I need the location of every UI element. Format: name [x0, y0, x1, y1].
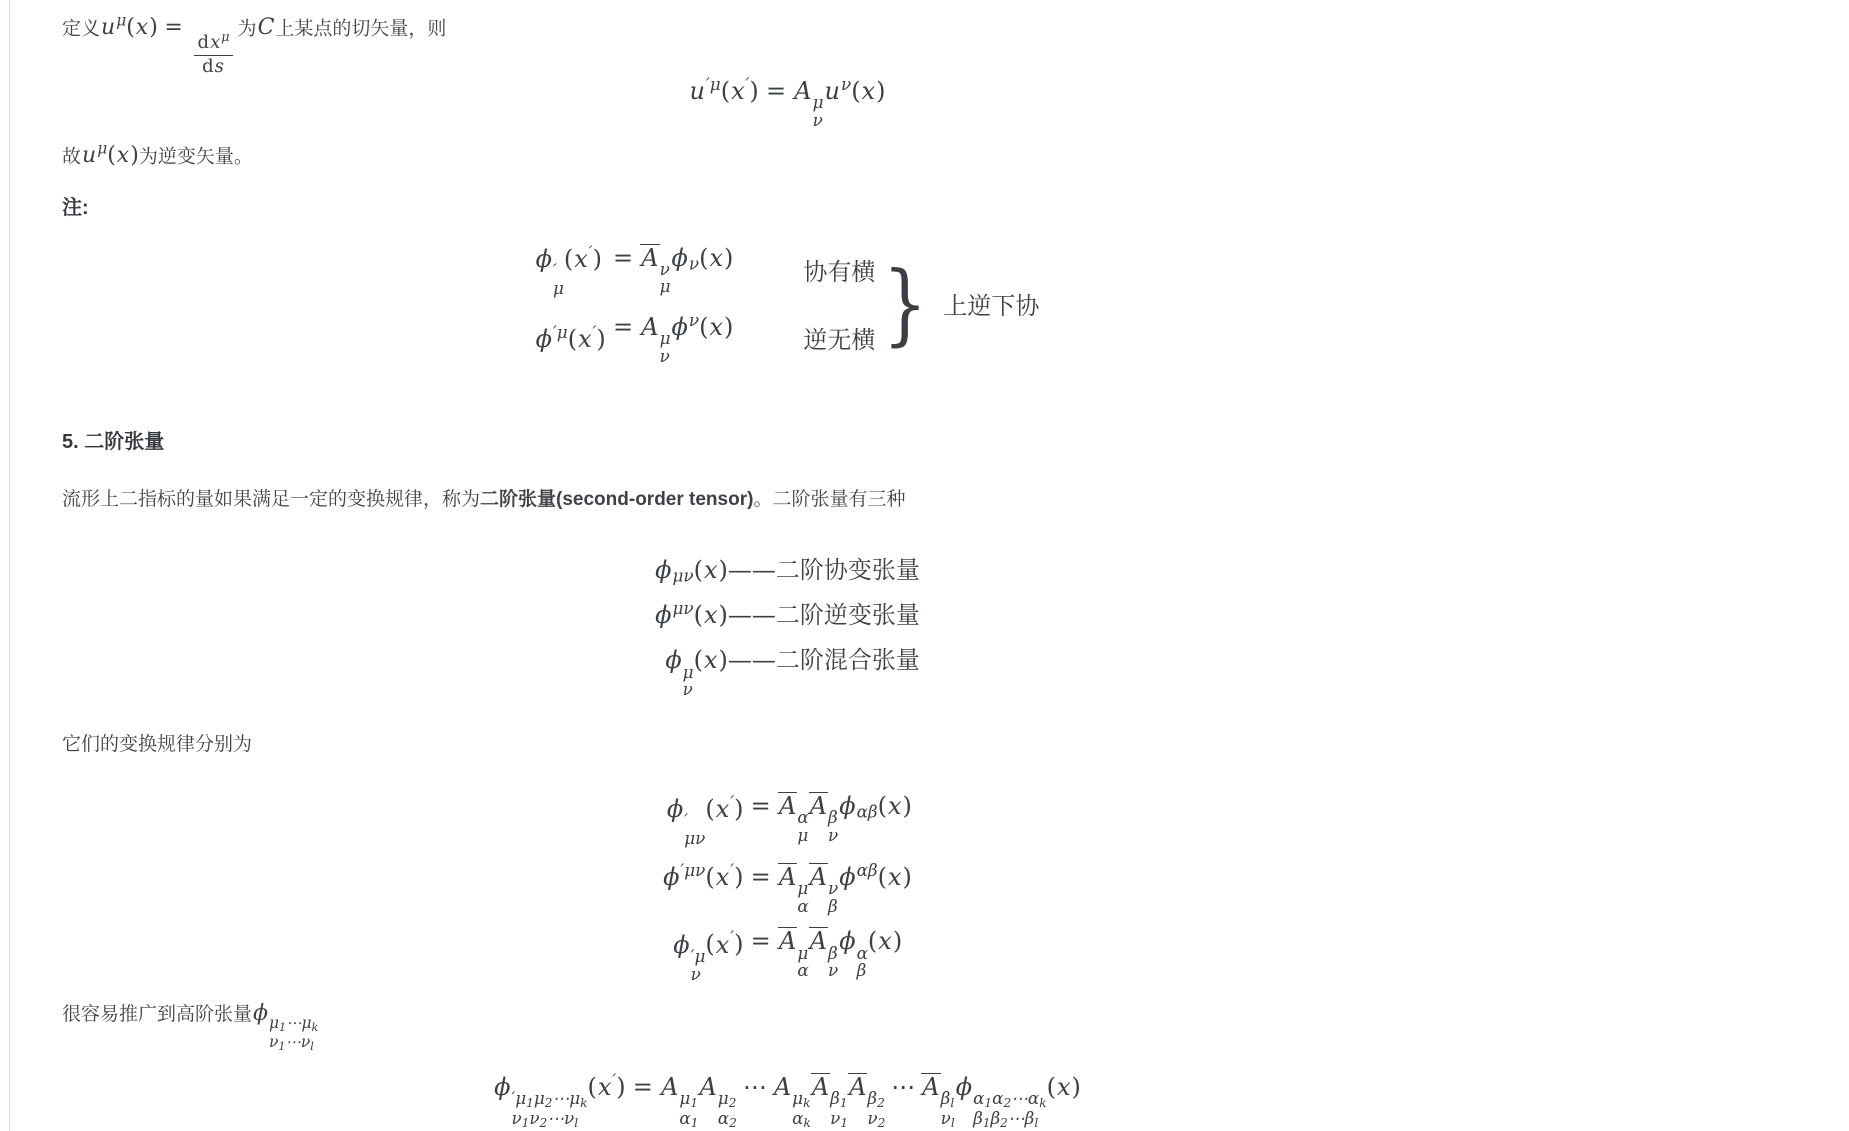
script-line: αβ — [857, 860, 878, 880]
script-line: ν — [689, 253, 699, 273]
text-run: 流形上二指标的量如果满足一定的变换规律，称为 — [62, 489, 480, 510]
math-fraction: dxμds — [194, 30, 233, 78]
overline-matrix: A — [778, 792, 797, 818]
script-line: β — [828, 898, 838, 916]
math-variable: ϕ — [654, 556, 672, 584]
script-line: αk — [792, 1110, 811, 1130]
math-symbol: ( — [851, 77, 860, 105]
script-stack: αβ — [857, 945, 868, 980]
math-symbol: ( — [705, 931, 714, 959]
math-symbol: ( — [878, 792, 887, 820]
text-run: 故 — [62, 146, 81, 167]
script-stack: βlνl — [941, 1090, 955, 1129]
tensor-description: ——二阶混合张量 — [728, 640, 920, 675]
inline-math: C — [257, 15, 276, 40]
math-symbol: ( — [868, 927, 877, 955]
note-wrapper: ϕ′μ(x′)=Aνμϕν(x)协有横ϕ′μ(x′)=Aμνϕν(x)逆无横}上… — [535, 242, 1040, 365]
math-variable: x — [715, 863, 731, 891]
math-variable: ϕ — [838, 792, 856, 820]
math-variable: A — [848, 1073, 867, 1101]
math-variable: A — [640, 244, 659, 272]
math-variable: C — [257, 15, 276, 40]
sub-index: k — [803, 1096, 810, 1110]
script-line: α — [797, 962, 808, 980]
math-variable: x — [877, 927, 893, 955]
math-variable: ϕ — [664, 646, 682, 674]
math-variable: x — [209, 32, 221, 53]
math-symbol: ( — [694, 601, 703, 629]
math-symbol: ) — [130, 143, 139, 168]
left-border-line — [9, 0, 10, 1131]
script-line: α2 — [718, 1110, 737, 1130]
equation-rhs: =AμαAβνϕαβ(x) — [743, 927, 902, 983]
script-stack: βν — [828, 809, 838, 844]
math-variable: ϕ — [671, 313, 689, 341]
sub-index: l — [951, 1116, 955, 1130]
math-variable: x — [861, 77, 877, 105]
script-stack: β2ν2 — [867, 1090, 885, 1129]
math-symbol: ( — [587, 1073, 596, 1101]
sub-index: k — [1039, 1096, 1046, 1110]
script-line: μν — [672, 598, 693, 618]
script-line: ν — [660, 348, 670, 366]
script-line: ν — [813, 112, 823, 130]
superscript: ′μ — [706, 74, 721, 94]
script-line: μ — [660, 278, 671, 296]
math-variable: ϕ — [955, 1073, 973, 1101]
math-variable: x — [1056, 1073, 1072, 1101]
superscript: ν — [841, 74, 851, 94]
math-variable: A — [778, 927, 797, 955]
math-variable: A — [809, 863, 828, 891]
math-variable: x — [708, 313, 724, 341]
math-relation: = — [164, 15, 182, 40]
math-symbol: ( — [564, 245, 573, 273]
overline-matrix: A — [778, 863, 797, 889]
tensor-description: ——二阶协变张量 — [728, 550, 920, 585]
subscript: μν — [672, 565, 693, 585]
script-stack: αμ — [797, 809, 808, 844]
superscript: αβ — [857, 860, 878, 880]
sub-index: 1 — [691, 1116, 699, 1130]
script-line: α1 — [679, 1110, 698, 1130]
math-variable: ϕ — [662, 863, 680, 891]
script-stack: β1ν1 — [830, 1090, 848, 1129]
text-run: 定义 — [62, 18, 100, 39]
script-line: ν2 — [867, 1110, 885, 1130]
equation-lhs: ϕ′μ(x′) — [535, 242, 606, 298]
math-variable: A — [773, 1073, 792, 1101]
overline-matrix: A — [809, 927, 828, 953]
script-stack: μkαk — [792, 1090, 811, 1129]
definition-list: ϕμν(x)——二阶协变张量ϕμν(x)——二阶逆变张量ϕμν(x)——二阶混合… — [654, 550, 920, 699]
script-stack: μα — [797, 880, 808, 915]
script-stack: βν — [828, 945, 838, 980]
higher-order-paragraph: 很容易推广到高阶张量ϕμ1⋯μkν1⋯νl — [62, 995, 1512, 1052]
math-variable: A — [811, 1073, 830, 1101]
equation-lhs: ϕ′μ(x′) — [535, 322, 606, 353]
script-stack: α1α2⋯αkβ1β2⋯βl — [973, 1090, 1047, 1129]
math-variable: x — [730, 77, 746, 105]
equation-lhs: ϕ′μν(x′) — [672, 927, 743, 983]
script-stack: ′μ1μ2⋯μkν1ν2⋯νl — [511, 1090, 587, 1129]
sub-index: 2 — [540, 1116, 548, 1130]
math-symbol: ( — [705, 863, 714, 891]
math-symbol: ) — [734, 863, 743, 891]
document-content: 定义uμ(x)=dxμds为C上某点的切矢量，则 u′μ(x′)=Aμνuν(x… — [62, 0, 1512, 1131]
script-stack: μν — [660, 330, 671, 365]
math-relation: = — [633, 1073, 653, 1101]
script-line: μν — [672, 565, 693, 585]
script-line: αβ — [857, 801, 878, 821]
sub-index: k — [312, 1021, 319, 1034]
script-stack: ′μ — [553, 262, 564, 297]
superscript: ′μν — [680, 860, 705, 880]
script-line: μ — [97, 140, 107, 158]
sub-index: 2 — [878, 1116, 886, 1130]
math-variable: ϕ — [838, 863, 856, 891]
script-line: νl — [941, 1110, 955, 1130]
math-variable: ϕ — [666, 795, 684, 823]
equation-rhs: =Aμνϕν(x) — [606, 310, 734, 366]
bold-text-run: 二阶张量(second-order tensor) — [480, 489, 753, 510]
sub-index: 2 — [729, 1096, 737, 1110]
script-line: ν — [691, 966, 701, 984]
math-variable: u — [100, 15, 116, 40]
math-variable: ϕ — [535, 245, 553, 273]
tensor-types-block: ϕμν(x)——二阶协变张量ϕμν(x)——二阶逆变张量ϕμν(x)——二阶混合… — [62, 550, 1512, 699]
sub-index: l — [1034, 1116, 1038, 1130]
math-variable: x — [887, 792, 903, 820]
script-line: β1β2⋯βl — [973, 1110, 1038, 1130]
text-run: 为 — [238, 18, 257, 39]
math-variable: x — [703, 556, 719, 584]
inline-math: uμ(x)=dxμds — [100, 15, 238, 40]
sub-index: 2 — [1000, 1116, 1008, 1130]
math-variable: ϕ — [493, 1073, 511, 1101]
math-symbol: ( — [705, 795, 714, 823]
math-symbol: ) — [596, 325, 605, 353]
script-line: ′μ — [691, 948, 706, 966]
math-variable: A — [778, 792, 797, 820]
text-run: 很容易推广到高阶张量 — [62, 1004, 252, 1025]
overline-matrix: A — [848, 1073, 867, 1099]
math-symbol: ) — [719, 556, 728, 584]
script-line: ν — [689, 310, 699, 330]
math-symbol: ( — [721, 77, 730, 105]
equation-lhs: ϕ′μν(x′) — [662, 860, 743, 916]
script-line: ν1⋯νl — [269, 1034, 314, 1052]
note-equations-block: ϕ′μ(x′)=Aνμϕν(x)协有横ϕ′μ(x′)=Aμνϕν(x)逆无横}上… — [62, 242, 1512, 365]
script-line: μν — [684, 830, 705, 848]
script-stack: ′μν — [691, 948, 706, 983]
script-stack: μν — [683, 664, 694, 699]
math-variable: A — [778, 863, 797, 891]
math-cdots: ⋯ — [891, 1073, 915, 1101]
math-symbol: ( — [1047, 1073, 1056, 1101]
sub-index: 2 — [729, 1116, 737, 1130]
intro-definition-paragraph: 定义uμ(x)=dxμds为C上某点的切矢量，则 — [62, 8, 1512, 78]
sub-index: 2 — [877, 1096, 885, 1110]
tensor-symbol: ϕμν(x) — [654, 598, 728, 629]
math-variable: A — [793, 77, 812, 105]
script-line: μ1⋯μk — [269, 1015, 318, 1033]
math-symbol: ) — [616, 1073, 625, 1101]
math-variable: A — [809, 927, 828, 955]
sub-index: 1 — [522, 1116, 530, 1130]
math-relation: = — [613, 313, 633, 341]
equation-rhs: =AαμAβνϕαβ(x) — [743, 792, 911, 848]
sub-index: 1 — [278, 1040, 285, 1053]
transform-equations-block: ϕ′μν(x′)=AαμAβνϕαβ(x)ϕ′μν(x′)=AμαAνβϕαβ(… — [62, 792, 1512, 983]
superscript: μ — [97, 140, 107, 158]
superscript: μ — [221, 29, 229, 44]
superscript: ′μ — [553, 322, 568, 342]
math-variable: x — [887, 863, 903, 891]
superscript: μ — [116, 12, 126, 30]
math-variable: ϕ — [672, 931, 690, 959]
script-stack: μ1α1 — [679, 1090, 698, 1129]
equation-rhs: =Aνμϕν(x) — [606, 244, 734, 296]
section-heading: 5. 二阶张量 — [62, 425, 1512, 454]
math-symbol: ) — [724, 244, 733, 272]
math-symbol: ) — [903, 863, 912, 891]
right-brace: } — [883, 260, 928, 348]
inline-math: uμ(x) — [81, 143, 139, 168]
equation-rhs: =AμαAνβϕαβ(x) — [743, 860, 911, 916]
math-symbol: ) — [593, 245, 602, 273]
equation-annotation: 逆无横 — [733, 320, 875, 355]
subscript: ν — [689, 253, 699, 273]
script-line: ν — [841, 74, 851, 94]
script-line: ν — [683, 681, 693, 699]
sub-index: k — [804, 1116, 811, 1130]
superscript: ν — [689, 310, 699, 330]
math-symbol: ) — [734, 795, 743, 823]
math-symbol: ( — [878, 863, 887, 891]
math-variable: A — [698, 1073, 717, 1101]
script-line: ′μν — [680, 860, 705, 880]
math-symbol: ( — [107, 143, 116, 168]
script-line: α — [797, 898, 808, 916]
second-order-tensor-paragraph: 流形上二指标的量如果满足一定的变换规律，称为二阶张量(second-order … — [62, 484, 1512, 516]
script-line: ν1 — [830, 1110, 848, 1130]
math-symbol: d — [198, 32, 210, 53]
math-variable: A — [640, 313, 659, 341]
overline-matrix: A — [640, 244, 659, 270]
math-symbol: ) — [893, 927, 902, 955]
math-relation: = — [766, 77, 786, 105]
contravariant-conclusion-paragraph: 故uμ(x)为逆变矢量。 — [62, 136, 1512, 175]
display-equation: ϕ′μ1μ2⋯μkν1ν2⋯νl(x′)=Aμ1α1Aμ2α2⋯AμkαkAβ1… — [493, 1073, 1081, 1101]
text-run: 它们的变换规律分别为 — [62, 734, 252, 755]
math-symbol: ) — [876, 77, 885, 105]
math-relation: = — [751, 927, 771, 955]
math-symbol: ) — [903, 792, 912, 820]
sub-index: 1 — [690, 1096, 698, 1110]
math-variable: x — [715, 931, 731, 959]
math-symbol: ) — [749, 77, 758, 105]
math-variable: ϕ — [654, 601, 672, 629]
math-symbol: ) — [719, 601, 728, 629]
math-variable: u — [689, 77, 706, 105]
display-equation: u′μ(x′)=Aμνuν(x) — [689, 77, 886, 105]
text-run: 。二阶张量有三种 — [753, 489, 905, 510]
script-line: ν — [828, 962, 838, 980]
script-stack: μα — [797, 945, 808, 980]
math-variable: A — [921, 1073, 940, 1101]
sub-index: l — [310, 1040, 314, 1053]
math-variable: ϕ — [535, 325, 553, 353]
script-line: μ — [553, 280, 564, 298]
aligned-equations: ϕ′μν(x′)=AαμAβνϕαβ(x)ϕ′μν(x′)=AμαAνβϕαβ(… — [662, 792, 912, 983]
math-variable: u — [824, 77, 841, 105]
script-stack: νβ — [828, 880, 838, 915]
math-variable: x — [577, 325, 593, 353]
sub-index: 1 — [983, 1116, 991, 1130]
superscript: μν — [672, 598, 693, 618]
script-stack: μν — [813, 94, 824, 129]
text-run: 为逆变矢量。 — [139, 146, 253, 167]
script-line: ′μ — [553, 322, 568, 342]
tensor-description: ——二阶逆变张量 — [728, 595, 920, 630]
overline-matrix: A — [921, 1073, 940, 1099]
script-stack: μ2α2 — [718, 1090, 737, 1129]
math-variable: x — [703, 601, 719, 629]
script-line: μ — [221, 29, 229, 44]
math-symbol: ) — [149, 15, 158, 40]
math-variable: x — [715, 795, 731, 823]
equation-annotation: 协有横 — [733, 252, 875, 287]
math-variable: u — [81, 143, 97, 168]
math-relation: = — [751, 792, 771, 820]
overline-matrix: A — [778, 927, 797, 953]
transform-rules-paragraph: 它们的变换规律分别为 — [62, 729, 1512, 761]
math-variable: x — [135, 15, 149, 40]
script-stack: νμ — [660, 261, 671, 296]
script-line: μ — [797, 827, 808, 845]
sub-index: l — [574, 1116, 578, 1130]
equation-higher-order: ϕ′μ1μ2⋯μkν1ν2⋯νl(x′)=Aμ1α1Aμ2α2⋯AμkαkAβ1… — [62, 1070, 1512, 1130]
overline-matrix: A — [809, 863, 828, 889]
tensor-symbol: ϕμν(x) — [664, 646, 728, 698]
overline-matrix: A — [809, 792, 828, 818]
math-variable: x — [708, 244, 724, 272]
equation-lhs: ϕ′μν(x′) — [666, 792, 744, 848]
overline-matrix: A — [811, 1073, 830, 1099]
math-relation: = — [751, 863, 771, 891]
math-symbol: ( — [694, 556, 703, 584]
math-variable: ϕ — [838, 927, 856, 955]
math-variable: x — [116, 143, 130, 168]
math-symbol: ( — [694, 646, 703, 674]
script-stack: ′μν — [684, 812, 705, 847]
sub-index: 1 — [840, 1116, 848, 1130]
math-cdots: ⋯ — [743, 1073, 767, 1101]
script-stack: μ1⋯μkν1⋯νl — [269, 1015, 318, 1052]
note-aligned-equations: ϕ′μ(x′)=Aνμϕν(x)协有横ϕ′μ(x′)=Aμνϕν(x)逆无横 — [535, 242, 876, 365]
math-symbol: ) — [734, 931, 743, 959]
script-line: ν — [828, 827, 838, 845]
script-line: ν1ν2⋯νl — [511, 1110, 578, 1130]
sub-index: 1 — [840, 1096, 848, 1110]
math-symbol: ( — [126, 15, 135, 40]
math-symbol: ) — [719, 646, 728, 674]
note-conclusion: 上逆下协 — [943, 286, 1039, 321]
document-page: 定义uμ(x)=dxμds为C上某点的切矢量，则 u′μ(x′)=Aμνuν(x… — [0, 0, 1849, 1131]
inline-math: ϕμ1⋯μkν1⋯νl — [252, 1001, 318, 1026]
script-line: β — [857, 962, 867, 980]
tensor-symbol: ϕμν(x) — [654, 556, 728, 585]
equation-vector-transform: u′μ(x′)=Aμνuν(x) — [62, 74, 1512, 130]
math-symbol: ( — [568, 325, 577, 353]
math-variable: A — [660, 1073, 679, 1101]
math-variable: ϕ — [252, 1001, 269, 1026]
math-variable: x — [703, 646, 719, 674]
math-relation: = — [613, 244, 633, 272]
script-line: ′μ — [706, 74, 721, 94]
subscript: αβ — [857, 801, 878, 821]
math-variable: x — [597, 1073, 613, 1101]
math-variable: ϕ — [671, 244, 689, 272]
script-line: μ — [116, 12, 126, 30]
math-variable: A — [809, 792, 828, 820]
note-label: 注: — [62, 191, 1512, 220]
math-symbol: ) — [1072, 1073, 1081, 1101]
math-symbol: ) — [724, 313, 733, 341]
fraction-numerator: dxμ — [194, 30, 233, 56]
text-run: 上某点的切矢量，则 — [275, 18, 446, 39]
math-variable: x — [573, 245, 589, 273]
